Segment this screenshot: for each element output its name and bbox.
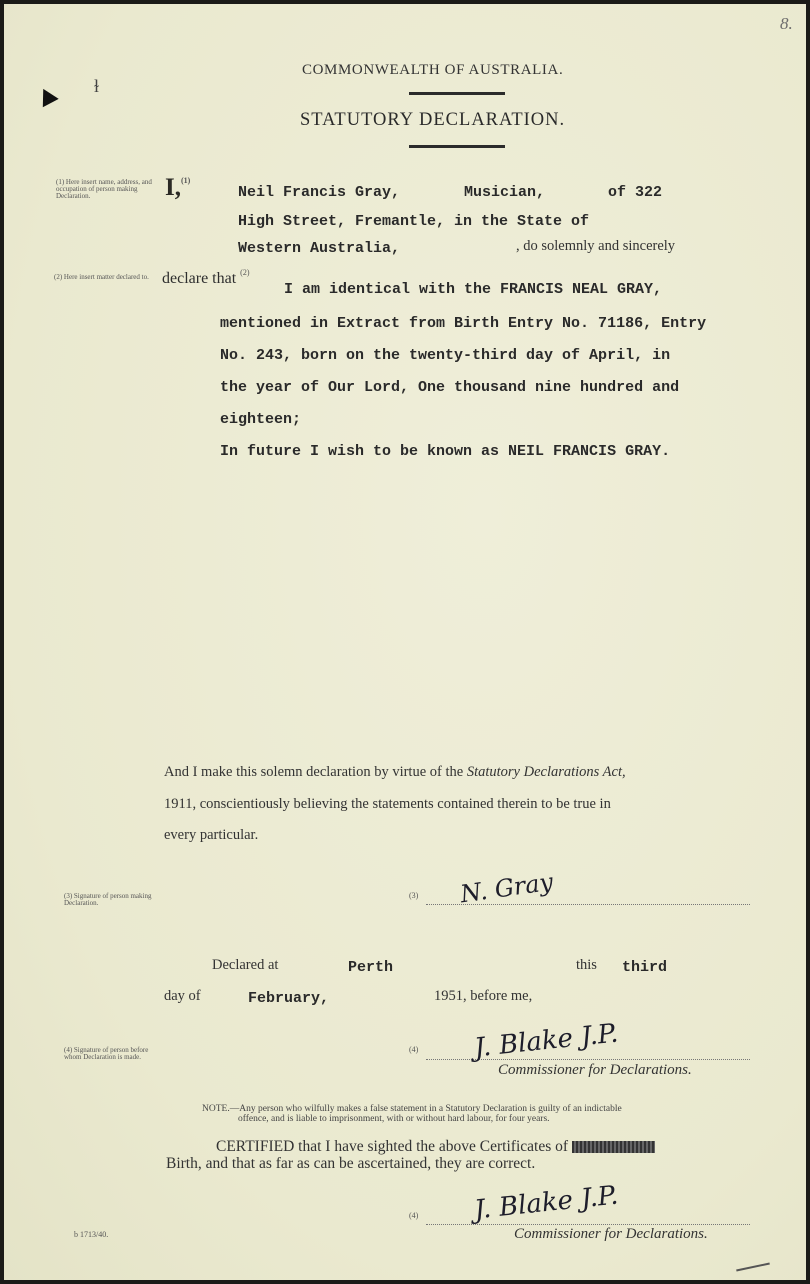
declaration-line-1: I am identical with the FRANCIS NEAL GRA… bbox=[284, 281, 662, 298]
header-rule-top bbox=[409, 92, 505, 95]
declaration-line-6: In future I wish to be known as NEIL FRA… bbox=[220, 443, 670, 460]
declarant-signature: N. Gray bbox=[459, 868, 555, 909]
year-value: 1951 bbox=[434, 988, 463, 1004]
before-me-text: , before me, bbox=[463, 988, 532, 1004]
act-name: Statutory Declarations Act, bbox=[467, 764, 626, 780]
declarant-address-line3: Western Australia, bbox=[238, 240, 400, 257]
commissioner-title: Commissioner for Declarations. bbox=[498, 1062, 692, 1079]
certified-line-1: CERTIFIED that I have sighted the above … bbox=[216, 1138, 655, 1156]
note-line-1: NOTE.—Any person who wilfully makes a fa… bbox=[202, 1104, 622, 1114]
declaration-line-4: the year of Our Lord, One thousand nine … bbox=[220, 379, 679, 396]
declaration-line-3: No. 243, born on the twenty-third day of… bbox=[220, 347, 670, 364]
struck-out-marriage-text: Marriage and bbox=[572, 1141, 655, 1153]
i-label: I, bbox=[165, 174, 181, 201]
certifier-signature-line bbox=[426, 1224, 750, 1225]
declared-at-label: Declared at bbox=[212, 957, 278, 974]
signature-marker-4: (4) bbox=[409, 1045, 418, 1054]
solemnly-text: , do solemnly and sincerely bbox=[516, 238, 675, 255]
header-commonwealth: COMMONWEALTH OF AUSTRALIA. bbox=[302, 62, 563, 79]
form-code: b 1713/40. bbox=[74, 1230, 108, 1239]
solemn-line-1: And I make this solemn declaration by vi… bbox=[164, 764, 626, 781]
commissioner-signature: J. Blake J.P. bbox=[473, 1019, 620, 1064]
certifier-signature: J. Blake J.P. bbox=[473, 1181, 620, 1226]
page-number: 8. bbox=[780, 14, 793, 34]
margin-note-3: (3) Signature of person making Declarati… bbox=[64, 893, 164, 907]
document-page: ɫ 8. COMMONWEALTH OF AUSTRALIA. STATUTOR… bbox=[4, 4, 806, 1280]
margin-note-2: (2) Here insert matter declared to. bbox=[54, 274, 154, 281]
signature-marker-certifier: (4) bbox=[409, 1211, 418, 1220]
pencil-tick-mark: ɫ bbox=[94, 76, 99, 97]
certified-line-2: Birth, and that as far as can be ascerta… bbox=[166, 1155, 535, 1173]
this-label: this bbox=[576, 957, 597, 974]
note-line-2: offence, and is liable to imprisonment, … bbox=[238, 1114, 550, 1124]
declarant-address-line2: High Street, Fremantle, in the State of bbox=[238, 213, 589, 230]
solemn-line-1-text: And I make this solemn declaration by vi… bbox=[164, 764, 467, 780]
declarant-address-number: of 322 bbox=[608, 184, 662, 201]
declared-month: February, bbox=[248, 990, 329, 1007]
declare-that-label: declare that (2) bbox=[162, 268, 250, 288]
certifier-title: Commissioner for Declarations. bbox=[514, 1226, 708, 1243]
header-rule-bottom bbox=[409, 145, 505, 148]
declared-day: third bbox=[622, 959, 667, 976]
declare-label: declare that bbox=[162, 270, 236, 287]
superscript-1: (1) bbox=[181, 176, 190, 185]
declarant-I: I,(1) bbox=[165, 174, 190, 202]
declared-year: 1951, before me, bbox=[434, 988, 532, 1005]
ink-blot-mark bbox=[35, 85, 58, 108]
declaration-line-5: eighteen; bbox=[220, 411, 301, 428]
pencil-mark bbox=[736, 1262, 770, 1271]
solemn-line-3: every particular. bbox=[164, 827, 258, 844]
day-of-label: day of bbox=[164, 988, 201, 1005]
solemn-line-2: 1911, conscientiously believing the stat… bbox=[164, 796, 611, 813]
margin-note-1: (1) Here insert name, address, and occup… bbox=[56, 179, 156, 200]
declaration-line-2: mentioned in Extract from Birth Entry No… bbox=[220, 315, 706, 332]
declarant-occupation: Musician, bbox=[464, 184, 545, 201]
margin-note-4: (4) Signature of person before whom Decl… bbox=[64, 1047, 164, 1061]
page-title: STATUTORY DECLARATION. bbox=[300, 110, 565, 131]
superscript-2: (2) bbox=[240, 268, 249, 277]
declared-place: Perth bbox=[348, 959, 393, 976]
signature-marker-3: (3) bbox=[409, 891, 418, 900]
declarant-name: Neil Francis Gray, bbox=[238, 184, 400, 201]
certified-text: CERTIFIED that I have sighted the above … bbox=[216, 1138, 572, 1155]
